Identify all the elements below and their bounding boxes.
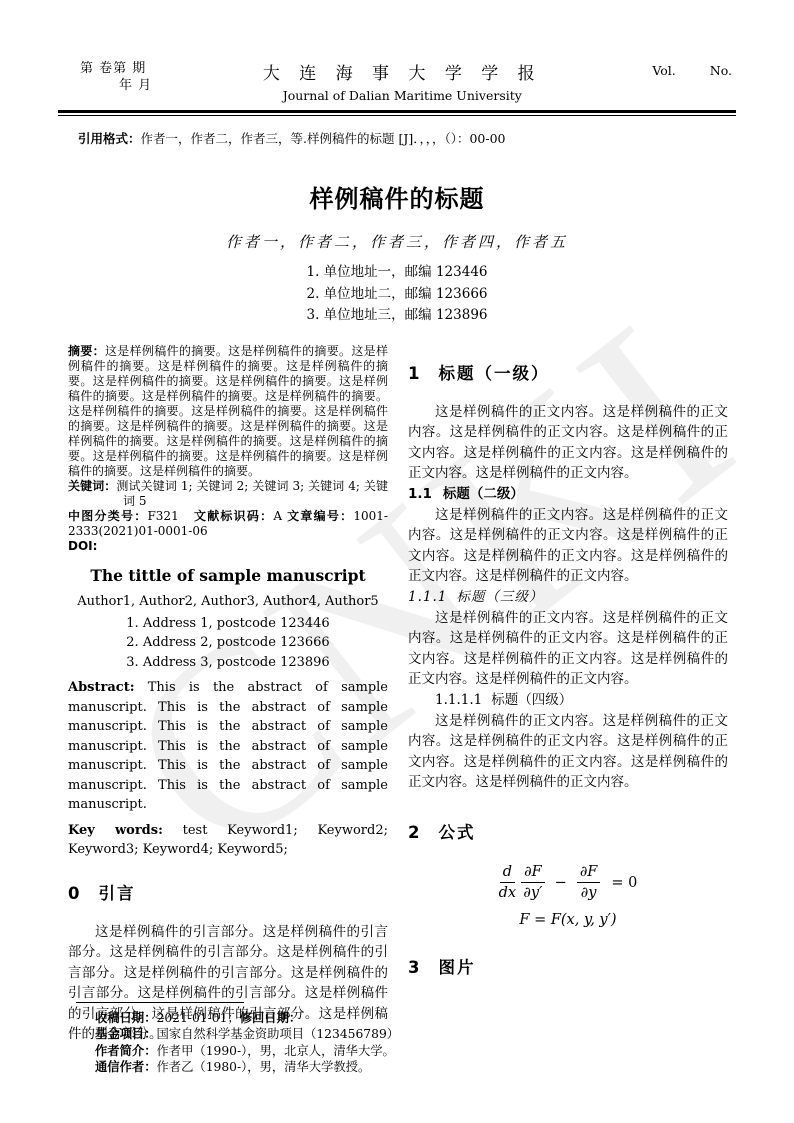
fund-line: 基金项目：国家自然科学基金资助项目（123456789） <box>76 1026 421 1042</box>
bio-value: 作者甲（1990-），男，北京人，清华大学。 <box>157 1044 395 1058</box>
citation-text: 作者一，作者二，作者三，等.样例稿件的标题 [J]．，，，（）：00-00 <box>141 131 506 146</box>
minus-operator: − <box>555 875 567 891</box>
section-1-1-1-title: 标题（三级） <box>456 587 543 608</box>
author-bio-line: 作者简介：作者甲（1990-），男，北京人，清华大学。 <box>76 1043 421 1059</box>
section-1-1-heading: 1.1 标题（二级） <box>408 484 728 505</box>
abstract-en-text: This is the abstract of sample manuscrip… <box>68 680 388 812</box>
revised-label: 修回日期： <box>240 1011 302 1025</box>
section-3-title: 图片 <box>438 954 475 978</box>
citation-line: 引用格式：作者一，作者二，作者三，等.样例稿件的标题 [J]．，，，（）：00-… <box>78 129 736 147</box>
fraction-d-dx: d dx <box>499 863 516 904</box>
section-2-number: 2 <box>408 823 421 842</box>
two-column-body: 摘要：这是样例稿件的摘要。这是样例稿件的摘要。这是样例稿件的摘要。这是样例稿件的… <box>68 344 728 1045</box>
doi-line: DOI: <box>68 539 388 554</box>
section-1-1-title: 标题（二级） <box>443 484 524 505</box>
fraction-dF-dy: ∂F ∂y <box>577 863 601 904</box>
english-address-2: 2. Address 2, postcode 123666 <box>68 633 388 653</box>
fraction-dF-dyprime: ∂F ∂y′ <box>521 863 545 904</box>
section-1-number: 1 <box>408 364 421 383</box>
footnote-divider <box>76 1002 244 1003</box>
no-label: No. <box>710 63 732 78</box>
received-label: 收稿日期： <box>95 1011 157 1025</box>
keywords-cn-label: 关键词： <box>68 479 116 493</box>
section-1-1-1-number: 1.1.1 <box>408 587 447 608</box>
footnote-block: 收稿日期：2021-01-01；修回日期： 基金项目：国家自然科学基金资助项目（… <box>76 1002 421 1075</box>
clc-value: F321 <box>147 509 178 523</box>
received-value: 2021-01-01； <box>157 1011 240 1025</box>
section-1-1-paragraph: 这是样例稿件的正文内容。这是样例稿件的正文内容。这是样例稿件的正文内容。这是样例… <box>408 505 728 587</box>
keywords-en: Key words: test Keyword1; Keyword2; Keyw… <box>68 821 388 860</box>
abstract-en: Abstract: This is the abstract of sample… <box>68 678 388 815</box>
section-3-heading: 3 图片 <box>408 954 728 978</box>
fund-label: 基金项目： <box>95 1027 157 1041</box>
section-1-1-number: 1.1 <box>408 484 432 505</box>
section-0-title: 引言 <box>98 880 135 904</box>
article-no-label: 文章编号： <box>287 509 353 523</box>
vol-label: Vol. <box>652 63 675 78</box>
section-1-1-1-1-paragraph: 这是样例稿件的正文内容。这是样例稿件的正文内容。这是样例稿件的正文内容。这是样例… <box>408 711 728 793</box>
section-2-title: 公式 <box>438 819 475 843</box>
address-line-3: 3. 单位地址三，邮编 123896 <box>0 305 794 327</box>
issue-info: 第 卷第 期 年 月 <box>80 60 152 94</box>
article-title: 样例稿件的标题 <box>0 179 794 214</box>
left-column: 摘要：这是样例稿件的摘要。这是样例稿件的摘要。这是样例稿件的摘要。这是样例稿件的… <box>68 344 388 1045</box>
section-2-heading: 2 公式 <box>408 819 728 843</box>
keywords-cn: 关键词：测试关键词 1; 关键词 2; 关键词 3; 关键词 4; 关键词 5 <box>68 479 388 509</box>
section-3-number: 3 <box>408 958 421 977</box>
section-1-1-1-1-heading: 1.1.1.1标题（四级） <box>408 690 728 711</box>
abstract-cn-label: 摘要： <box>68 344 105 358</box>
manuscript-page: CNKI 第 卷第 期 年 月 大 连 海 事 大 学 学 报 Journal … <box>0 0 794 1123</box>
section-1-1-1-heading: 1.1.1 标题（三级） <box>408 587 728 608</box>
journal-masthead: 第 卷第 期 年 月 大 连 海 事 大 学 学 报 Journal of Da… <box>0 0 794 103</box>
article-authors: 作者一，作者二，作者三，作者四，作者五 <box>0 231 794 252</box>
issue-date-line: 年 月 <box>80 77 152 94</box>
numerator: ∂F <box>521 863 545 884</box>
classification-line: 中图分类号：F321文献标识码：A 文章编号：1001-2333(2021)01… <box>68 509 388 539</box>
bio-label: 作者简介： <box>95 1044 157 1058</box>
journal-title-cn: 大 连 海 事 大 学 学 报 <box>152 59 652 84</box>
abstract-en-label: Abstract: <box>68 680 135 695</box>
section-0-number: 0 <box>68 884 81 903</box>
numerator: d <box>500 863 515 884</box>
received-date-line: 收稿日期：2021-01-01；修回日期： <box>76 1010 421 1026</box>
denominator: dx <box>499 883 516 903</box>
fund-value: 国家自然科学基金资助项目（123456789） <box>157 1027 400 1041</box>
doc-code-label: 文献标识码： <box>193 509 274 523</box>
english-address-3: 3. Address 3, postcode 123896 <box>68 653 388 673</box>
corr-value: 作者乙（1980-），男，清华大学教授。 <box>157 1060 371 1074</box>
issue-volume-line: 第 卷第 期 <box>80 60 152 77</box>
denominator: ∂y <box>581 883 597 903</box>
doi-label: DOI: <box>68 539 97 553</box>
section-1-paragraph: 这是样例稿件的正文内容。这是样例稿件的正文内容。这是样例稿件的正文内容。这是样例… <box>408 402 728 484</box>
denominator: ∂y′ <box>523 883 542 903</box>
english-addresses: 1. Address 1, postcode 123446 2. Address… <box>68 614 388 673</box>
address-line-1: 1. 单位地址一，邮编 123446 <box>0 262 794 284</box>
section-0-heading: 0 引言 <box>68 880 388 904</box>
journal-title-en: Journal of Dalian Maritime University <box>152 88 652 103</box>
english-address-1: 1. Address 1, postcode 123446 <box>68 614 388 634</box>
address-line-2: 2. 单位地址二，邮编 123666 <box>0 284 794 306</box>
equals-zero: = 0 <box>611 875 637 891</box>
function-definition-equation: F = F(x, y, y′) <box>408 912 728 928</box>
section-1-title: 标题（一级） <box>438 360 549 384</box>
equation-block: d dx ∂F ∂y′ − ∂F ∂y = 0 <box>408 863 728 929</box>
keywords-cn-text: 测试关键词 1; 关键词 2; 关键词 3; 关键词 4; 关键词 5 <box>116 479 388 508</box>
english-authors: Author1, Author2, Author3, Author4, Auth… <box>68 594 388 609</box>
section-1-1-1-1-title: 标题（四级） <box>491 692 572 708</box>
corresponding-author-line: 通信作者：作者乙（1980-），男，清华大学教授。 <box>76 1059 421 1075</box>
numerator: ∂F <box>577 863 601 884</box>
article-addresses: 1. 单位地址一，邮编 123446 2. 单位地址二，邮编 123666 3.… <box>0 262 794 327</box>
corr-label: 通信作者： <box>95 1060 157 1074</box>
journal-title-block: 大 连 海 事 大 学 学 报 Journal of Dalian Mariti… <box>152 59 652 103</box>
clc-label: 中图分类号： <box>68 509 147 523</box>
section-1-1-1-paragraph: 这是样例稿件的正文内容。这是样例稿件的正文内容。这是样例稿件的正文内容。这是样例… <box>408 608 728 690</box>
vol-no-block: Vol. No. <box>652 60 732 78</box>
section-1-1-1-1-number: 1.1.1.1 <box>435 692 482 708</box>
right-column: 1 标题（一级） 这是样例稿件的正文内容。这是样例稿件的正文内容。这是样例稿件的… <box>408 344 728 1045</box>
keywords-en-label: Key words: <box>68 823 163 838</box>
citation-label: 引用格式： <box>78 131 141 146</box>
doc-code-value: A <box>273 509 282 523</box>
abstract-cn-text: 这是样例稿件的摘要。这是样例稿件的摘要。这是样例稿件的摘要。这是样例稿件的摘要。… <box>68 344 388 478</box>
abstract-cn: 摘要：这是样例稿件的摘要。这是样例稿件的摘要。这是样例稿件的摘要。这是样例稿件的… <box>68 344 388 479</box>
euler-lagrange-equation: d dx ∂F ∂y′ − ∂F ∂y = 0 <box>408 863 728 904</box>
masthead-divider <box>58 110 736 116</box>
section-1-heading: 1 标题（一级） <box>408 360 728 384</box>
english-title: The tittle of sample manuscript <box>68 566 388 585</box>
